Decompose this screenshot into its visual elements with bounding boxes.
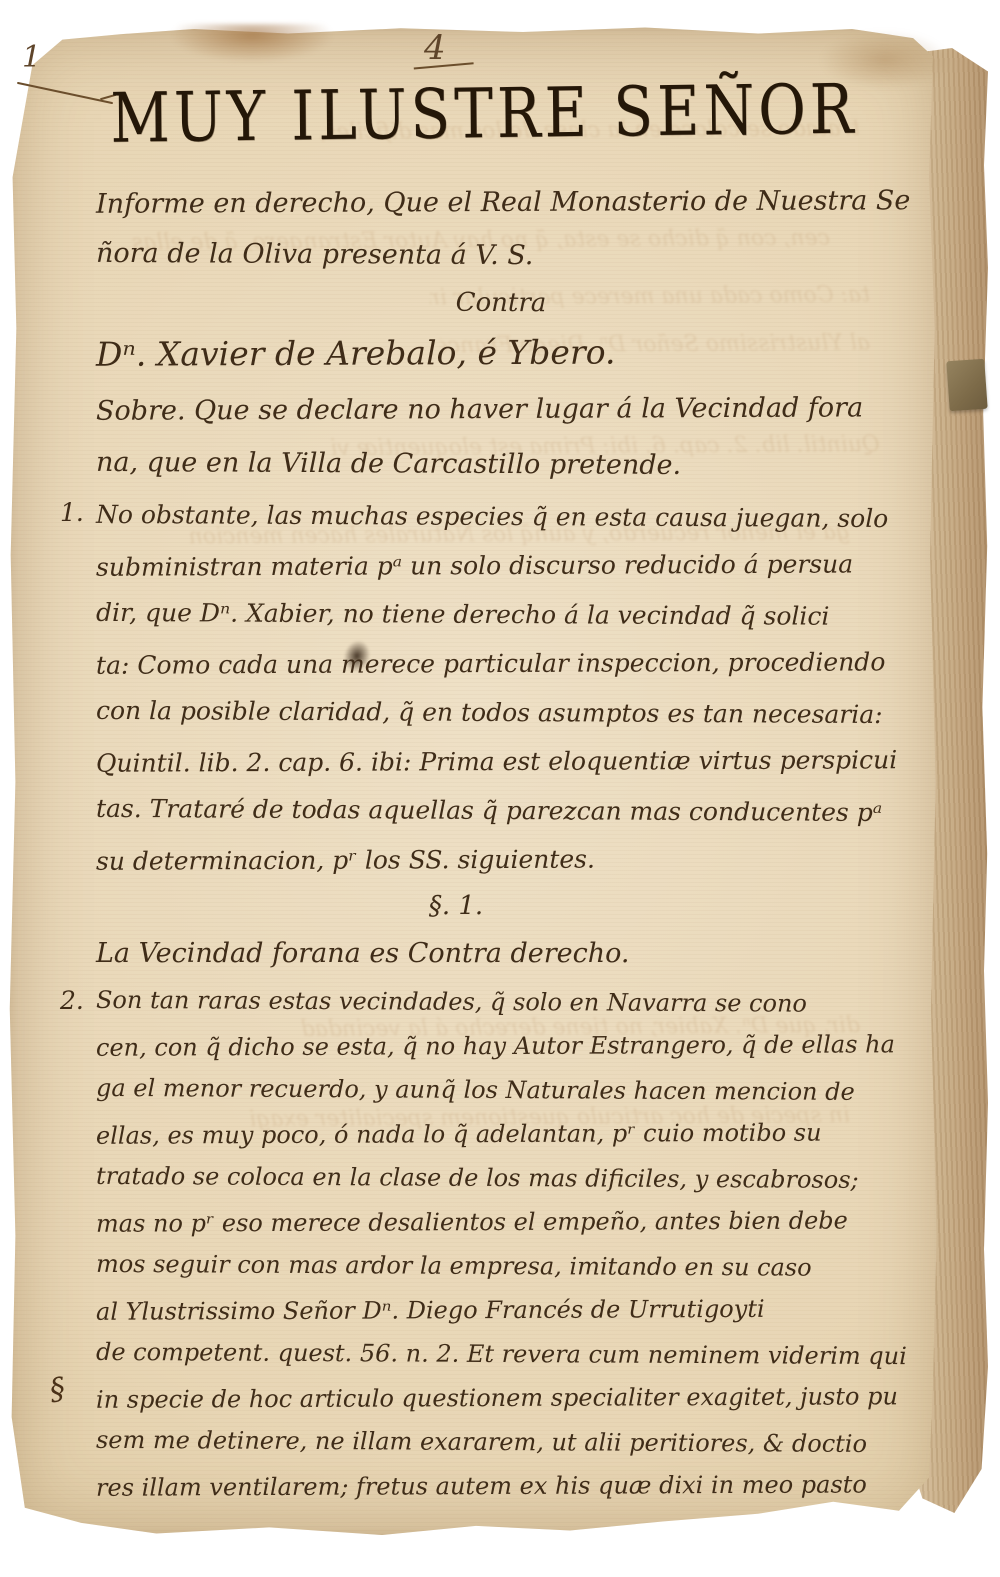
paragraph-number: 1. xyxy=(60,498,84,527)
manuscript-line: res illam ventilarem; fretus autem ex hi… xyxy=(96,1462,906,1510)
manuscript-line: Son tan raras estas vecindades, q̃ solo … xyxy=(96,978,906,1026)
manuscript-line: de competent. quest. 56. n. 2. Et revera… xyxy=(96,1330,906,1378)
document-title: MUY ILUSTRE SEÑOR xyxy=(110,69,858,158)
paragraph-1: 1. No obstante, las muchas especies q̃ e… xyxy=(96,492,906,884)
manuscript-line: dir, que Dⁿ. Xabier, no tiene derecho á … xyxy=(96,588,906,641)
manuscript-line: Sobre. Que se declare no haver lugar á l… xyxy=(96,380,906,439)
informe-heading: Informe en derecho, Que el Real Monaster… xyxy=(96,176,906,282)
corner-numeral: 1 xyxy=(22,40,41,75)
fore-edge-tab xyxy=(946,359,987,412)
manuscript-line: mos seguir con mas ardor la empresa, imi… xyxy=(96,1242,906,1290)
section-heading: La Vecindad forana es Contra derecho. xyxy=(96,928,906,980)
manuscript-line: sem me detinere, ne illam exararem, ut a… xyxy=(96,1418,906,1466)
manuscript-line: ga el menor recuerdo, y aunq̃ los Natura… xyxy=(96,1066,906,1114)
manuscript-line: subministran materia pᵃ un solo discurso… xyxy=(96,539,906,592)
manuscript-photo: tratado se coloca en la clase de los mas… xyxy=(0,0,1000,1577)
manuscript-line: con la posible claridad, q̃ en todos asu… xyxy=(96,686,906,739)
manuscript-line: al Ylustrissimo Señor Dⁿ. Diego Francés … xyxy=(96,1286,906,1334)
paragraph-number: 2. xyxy=(60,986,84,1015)
manuscript-line: Informe en derecho, Que el Real Monaster… xyxy=(96,174,906,231)
manuscript-line: tratado se coloca en la clase de los mas… xyxy=(96,1154,906,1202)
manuscript-line: tas. Trataré de todas aquellas q̃ parezc… xyxy=(96,784,906,837)
defendant-name-line: Dⁿ. Xavier de Arebalo, é Ybero. xyxy=(96,322,906,384)
manuscript-line: No obstante, las muchas especies q̃ en e… xyxy=(96,490,906,543)
folio-number: 4 xyxy=(424,28,484,70)
manuscript-line: in specie de hoc articulo questionem spe… xyxy=(96,1374,906,1422)
manuscript-line: ta: Como cada una merece particular insp… xyxy=(96,637,906,690)
manuscript-line: Quintil. lib. 2. cap. 6. ibi: Prima est … xyxy=(96,735,906,788)
manuscript-line: cen, con q̃ dicho se esta, q̃ no hay Aut… xyxy=(96,1022,906,1070)
manuscript-text-column: Informe en derecho, Que el Real Monaster… xyxy=(96,176,906,1508)
section-number: §. 1. xyxy=(51,884,861,928)
manuscript-line: ellas, es muy poco, ó nada lo q̃ adelant… xyxy=(96,1110,906,1158)
manuscript-line: mas no pʳ eso merece desalientos el empe… xyxy=(96,1198,906,1246)
manuscript-line: ñora de la Oliva presenta á V. S. xyxy=(96,227,906,284)
paper-stain-top xyxy=(172,24,332,62)
manuscript-line: na, que en la Villa de Carcastillo prete… xyxy=(96,435,906,494)
contra-label: Contra xyxy=(96,280,906,326)
subject-heading: Sobre. Que se declare no haver lugar á l… xyxy=(96,382,906,492)
paragraph-2: 2. Son tan raras estas vecindades, q̃ so… xyxy=(96,980,906,1508)
manuscript-line: su determinacion, pʳ los SS. siguientes. xyxy=(96,833,906,886)
